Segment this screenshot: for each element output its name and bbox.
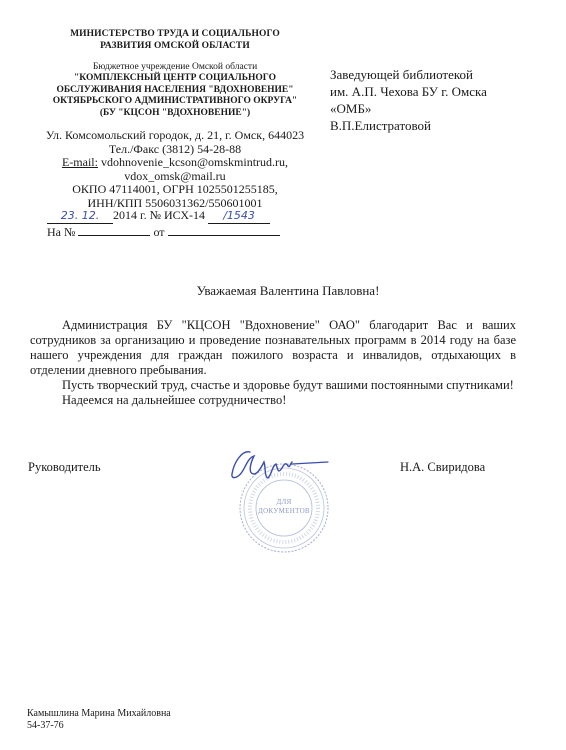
- contact-details: Ул. Комсомольский городок, д. 21, г. Омс…: [30, 129, 320, 210]
- phone-fax: Тел./Факс (3812) 54-28-88: [30, 143, 320, 157]
- addressee-block: Заведующей библиотекой им. А.П. Чехова Б…: [330, 66, 550, 134]
- addressee-line-3: «ОМБ»: [330, 100, 550, 117]
- org-line-3: ОКТЯБРЬСКОГО АДМИНИСТРАТИВНОГО ОКРУГА": [30, 96, 320, 108]
- handwritten-date: 23. 12.: [47, 209, 113, 224]
- budget-institution-line: Бюджетное учреждение Омской области: [30, 62, 320, 73]
- outgoing-number-block: 23. 12.2014 г. № ИСХ-14 /1543 На № от: [47, 208, 307, 239]
- signatory-role: Руководитель: [28, 460, 101, 475]
- ministry-line-2: РАЗВИТИЯ ОМСКОЙ ОБЛАСТИ: [30, 40, 320, 52]
- body-paragraph-1: Администрация БУ "КЦСОН "Вдохновение" ОА…: [30, 318, 516, 378]
- organization-name: "КОМПЛЕКСНЫЙ ЦЕНТР СОЦИАЛЬНОГО ОБСЛУЖИВА…: [30, 73, 320, 119]
- email-address-1: vdohnovenie_kcson@omskmintrud.ru,: [98, 155, 288, 169]
- ministry-line-1: МИНИСТЕРСТВО ТРУДА И СОЦИАЛЬНОГО: [30, 28, 320, 40]
- letterhead: МИНИСТЕРСТВО ТРУДА И СОЦИАЛЬНОГО РАЗВИТИ…: [30, 28, 320, 210]
- reply-date-blank: [168, 224, 280, 236]
- address: Ул. Комсомольский городок, д. 21, г. Омс…: [30, 129, 320, 143]
- body-paragraph-3: Надеемся на дальнейшее сотрудничество!: [30, 393, 516, 408]
- executor-phone: 54-37-76: [27, 720, 171, 732]
- addressee-line-4: В.П.Елистратовой: [330, 117, 550, 134]
- handwritten-outgoing-number: /1543: [208, 209, 270, 224]
- reply-number-blank: [78, 224, 150, 236]
- org-line-4: (БУ "КЦСОН "ВДОХНОВЕНИЕ"): [30, 108, 320, 120]
- signatory-name: Н.А. Свиридова: [400, 460, 485, 475]
- email-line-1: E-mail: vdohnovenie_kcson@omskmintrud.ru…: [30, 156, 320, 170]
- registration-codes-1: ОКПО 47114001, ОГРН 1025501255185,: [30, 183, 320, 197]
- executor-block: Камышлина Марина Михайловна 54-37-76: [27, 708, 171, 731]
- ministry-name: МИНИСТЕРСТВО ТРУДА И СОЦИАЛЬНОГО РАЗВИТИ…: [30, 28, 320, 52]
- handwritten-signature: [228, 444, 338, 484]
- letter-body: Администрация БУ "КЦСОН "Вдохновение" ОА…: [30, 318, 516, 408]
- org-line-1: "КОМПЛЕКСНЫЙ ЦЕНТР СОЦИАЛЬНОГО: [30, 73, 320, 85]
- body-paragraph-2: Пусть творческий труд, счастье и здоровь…: [30, 378, 516, 393]
- email-address-2: vdox_omsk@mail.ru: [30, 170, 320, 184]
- addressee-line-2: им. А.П. Чехова БУ г. Омска: [330, 83, 550, 100]
- reply-from-label: от: [153, 225, 164, 239]
- reply-to-line: На № от: [47, 224, 307, 239]
- executor-name: Камышлина Марина Михайловна: [27, 708, 171, 720]
- addressee-line-1: Заведующей библиотекой: [330, 66, 550, 83]
- reply-number-label: На №: [47, 225, 75, 239]
- salutation: Уважаемая Валентина Павловна!: [0, 283, 566, 299]
- outgoing-year-number: 2014 г. № ИСХ-14: [113, 208, 205, 222]
- signature-icon: [228, 444, 338, 484]
- stamp-text-line-1: ДЛЯ: [238, 498, 330, 506]
- outgoing-date-line: 23. 12.2014 г. № ИСХ-14 /1543: [47, 208, 307, 224]
- email-label: E-mail:: [62, 155, 98, 169]
- stamp-text-line-2: ДОКУМЕНТОВ: [238, 507, 330, 515]
- org-line-2: ОБСЛУЖИВАНИЯ НАСЕЛЕНИЯ "ВДОХНОВЕНИЕ": [30, 85, 320, 97]
